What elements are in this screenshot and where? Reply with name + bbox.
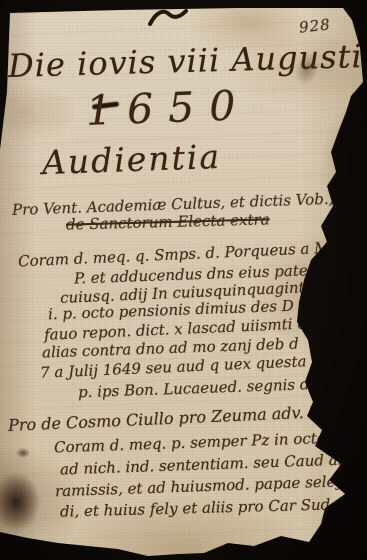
photo-stage: 928 Die iovis viii Augusti 1650 Audienti… — [0, 0, 367, 560]
body-line: p. ips Bon. Lucaeued. segnis def — [78, 375, 324, 402]
section-heading: Audientia — [41, 137, 221, 182]
ink-spot — [16, 448, 30, 458]
body-line: di, et huius fely et aliis pro Car Sud. — [60, 495, 335, 520]
ink-blot — [0, 472, 40, 532]
flourish-mark — [148, 8, 188, 30]
page-number: 928 — [298, 15, 331, 36]
year-heading: 1650 — [85, 81, 251, 135]
manuscript-page: 928 Die iovis viii Augusti 1650 Audienti… — [0, 0, 367, 560]
